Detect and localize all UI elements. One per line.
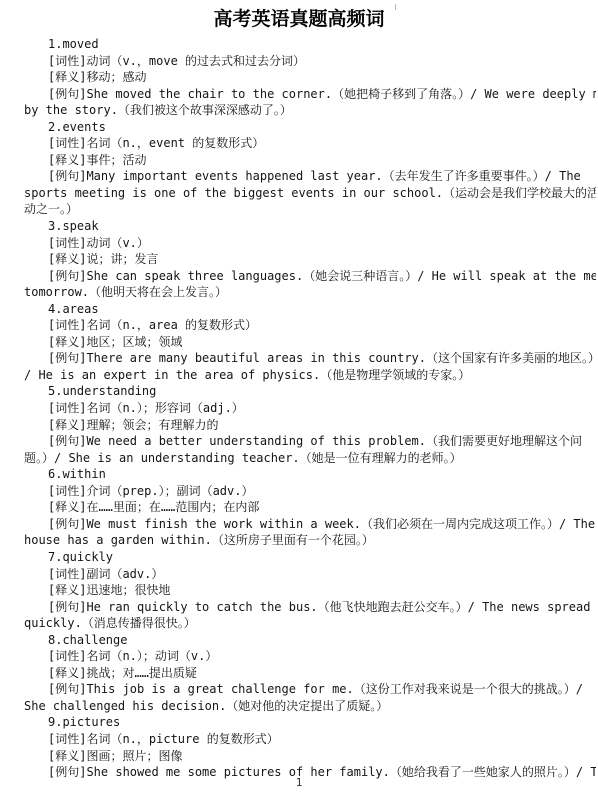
entry-meaning: [释义]挑战；对……提出质疑	[48, 665, 596, 682]
entry-meaning: [释义]图画；照片；图像	[48, 748, 596, 765]
entry-headword: 5.understanding	[48, 383, 596, 400]
entry-example-line: [例句]She moved the chair to the corner.（她…	[48, 86, 596, 103]
entry-headword: 7.quickly	[48, 549, 596, 566]
word-entry: 5.understanding [词性]名词（n.）；形容词（adj.） [释义…	[24, 383, 596, 466]
entry-example: [例句]We need a better understanding of th…	[24, 433, 596, 466]
entry-pos: [词性]名词（n.）；动词（v.）	[48, 648, 596, 665]
word-entry: 2.events [词性]名词（n.，event 的复数形式） [释义]事件；活…	[24, 119, 596, 218]
entry-example-line: by the story.（我们被这个故事深深感动了。）	[24, 102, 596, 119]
word-entry: 3.speak [词性]动词（v.） [释义]说；讲；发言 [例句]She ca…	[24, 218, 596, 301]
entry-meaning: [释义]地区；区域；领域	[48, 334, 596, 351]
entry-meaning: [释义]在……里面；在……范围内；在内部	[48, 499, 596, 516]
entry-example: [例句]We must finish the work within a wee…	[24, 516, 596, 549]
entry-headword: 8.challenge	[48, 632, 596, 649]
entry-example-line: [例句]This job is a great challenge for me…	[48, 681, 596, 698]
entry-example-line: [例句]We need a better understanding of th…	[48, 433, 596, 450]
entry-pos: [词性]副词（adv.）	[48, 566, 596, 583]
entry-example: [例句]This job is a great challenge for me…	[24, 681, 596, 714]
entry-meaning: [释义]迅速地；很快地	[48, 582, 596, 599]
entries: 1.moved [词性]动词（v.，move 的过去式和过去分词） [释义]移动…	[0, 36, 598, 781]
entry-example-line: [例句]He ran quickly to catch the bus.（他飞快…	[48, 599, 596, 616]
entry-headword: 3.speak	[48, 218, 596, 235]
entry-headword: 1.moved	[48, 36, 596, 53]
entry-pos: [词性]动词（v.，move 的过去式和过去分词）	[48, 53, 596, 70]
entry-pos: [词性]动词（v.）	[48, 235, 596, 252]
entry-example-line: / He is an expert in the area of physics…	[24, 367, 596, 384]
entry-example-line: She challenged his decision.（她对他的决定提出了质疑…	[24, 698, 596, 715]
entry-meaning: [释义]理解；领会；有理解力的	[48, 417, 596, 434]
entry-example-line: sports meeting is one of the biggest eve…	[24, 185, 596, 202]
entry-example-line: [例句]She can speak three languages.（她会说三种…	[48, 268, 596, 285]
entry-meaning: [释义]说；讲；发言	[48, 251, 596, 268]
entry-meaning: [释义]移动；感动	[48, 69, 596, 86]
entry-headword: 2.events	[48, 119, 596, 136]
entry-example-line: 动之一。）	[24, 201, 596, 218]
word-entry: 6.within [词性]介词（prep.）；副词（adv.） [释义]在……里…	[24, 466, 596, 549]
entry-pos: [词性]名词（n.，event 的复数形式）	[48, 135, 596, 152]
entry-example: [例句]She moved the chair to the corner.（她…	[24, 86, 596, 119]
word-entry: 9.pictures [词性]名词（n.，picture 的复数形式） [释义]…	[24, 714, 596, 780]
page-number: 1	[0, 776, 598, 789]
word-entry: 7.quickly [词性]副词（adv.） [释义]迅速地；很快地 [例句]H…	[24, 549, 596, 632]
stray-mark	[395, 4, 396, 10]
entry-example-line: [例句]Many important events happened last …	[48, 168, 596, 185]
entry-example-line: tomorrow.（他明天将在会上发言。）	[24, 284, 596, 301]
entry-meaning: [释义]事件；活动	[48, 152, 596, 169]
entry-example-line: quickly.（消息传播得很快。）	[24, 615, 596, 632]
word-entry: 8.challenge [词性]名词（n.）；动词（v.） [释义]挑战；对………	[24, 632, 596, 715]
entry-example: [例句]He ran quickly to catch the bus.（他飞快…	[24, 599, 596, 632]
entry-example: [例句]Many important events happened last …	[24, 168, 596, 218]
page-title: 高考英语真题高频词	[0, 0, 598, 31]
entry-example-line: 题。）/ She is an understanding teacher.（她是…	[24, 450, 596, 467]
word-entry: 1.moved [词性]动词（v.，move 的过去式和过去分词） [释义]移动…	[24, 36, 596, 119]
entry-pos: [词性]名词（n.，picture 的复数形式）	[48, 731, 596, 748]
entry-example: [例句]She can speak three languages.（她会说三种…	[24, 268, 596, 301]
entry-example-line: house has a garden within.（这所房子里面有一个花园。）	[24, 532, 596, 549]
entry-headword: 4.areas	[48, 301, 596, 318]
entry-example-line: [例句]There are many beautiful areas in th…	[48, 350, 596, 367]
word-entry: 4.areas [词性]名词（n.，area 的复数形式） [释义]地区；区域；…	[24, 301, 596, 384]
entry-pos: [词性]介词（prep.）；副词（adv.）	[48, 483, 596, 500]
entry-pos: [词性]名词（n.）；形容词（adj.）	[48, 400, 596, 417]
entry-example-line: [例句]We must finish the work within a wee…	[48, 516, 596, 533]
entry-pos: [词性]名词（n.，area 的复数形式）	[48, 317, 596, 334]
entry-headword: 9.pictures	[48, 714, 596, 731]
document-page: 高考英语真题高频词 1.moved [词性]动词（v.，move 的过去式和过去…	[0, 0, 598, 804]
entry-headword: 6.within	[48, 466, 596, 483]
entry-example: [例句]There are many beautiful areas in th…	[24, 350, 596, 383]
